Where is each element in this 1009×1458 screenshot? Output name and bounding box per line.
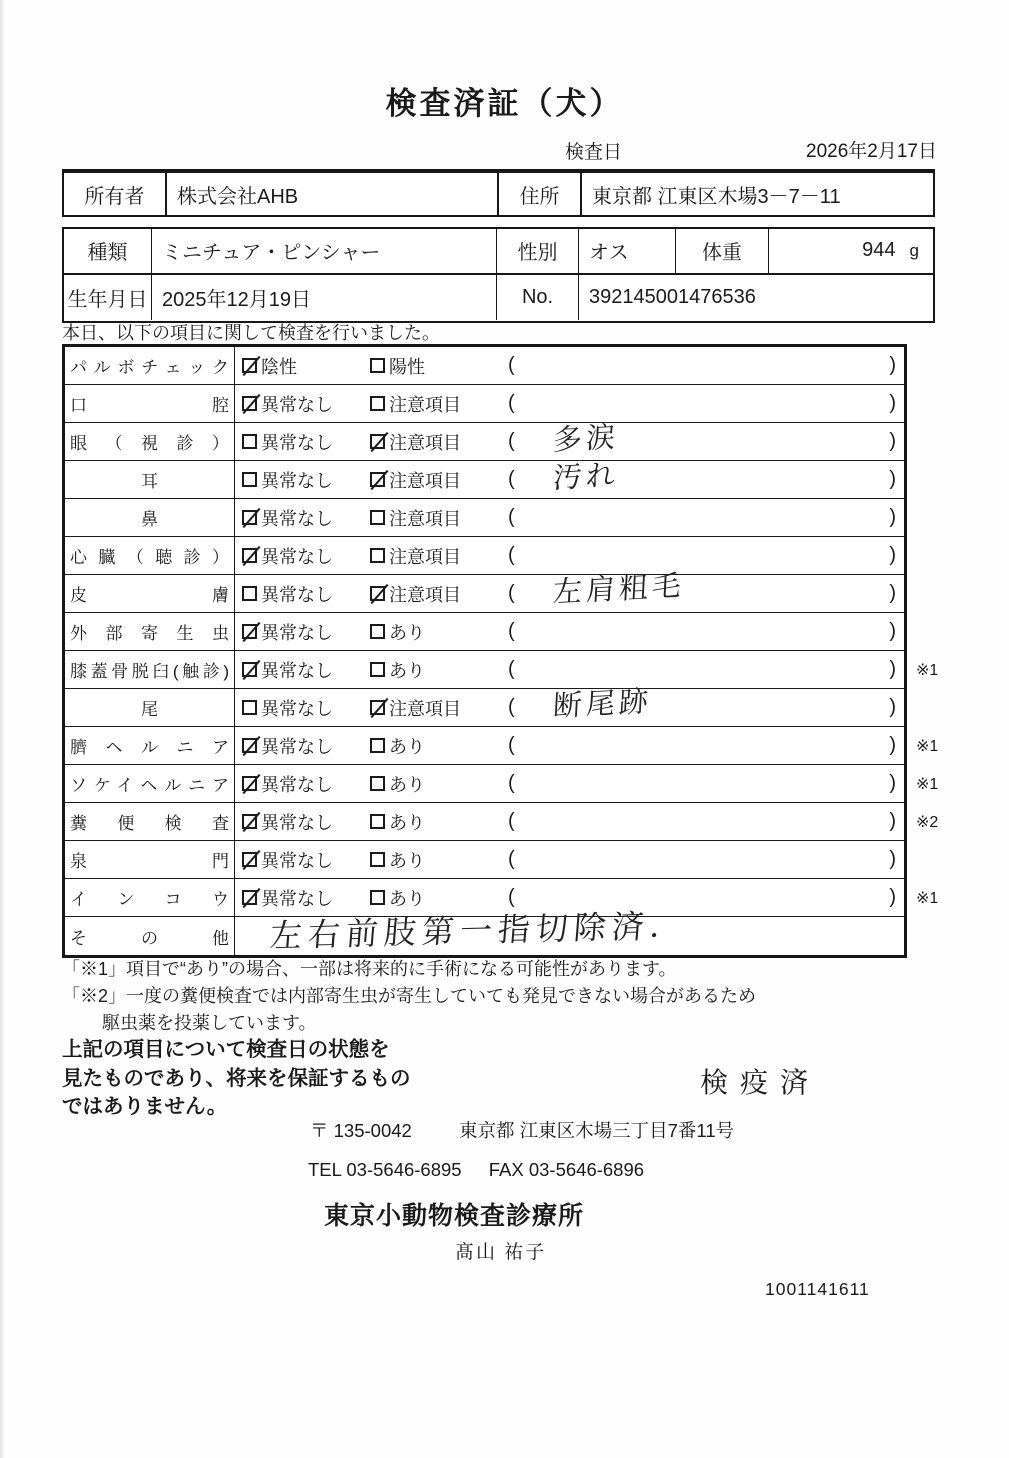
checklist-item-label: インコウ xyxy=(65,879,235,916)
checklist-row-content: 異常なしあり() xyxy=(235,803,904,840)
checkbox-checked-icon[interactable] xyxy=(242,852,257,867)
checklist-option-opt1: 異常なし xyxy=(242,771,370,797)
sex-label: 性別 xyxy=(497,229,579,273)
checklist-option-opt1: 異常なし xyxy=(242,505,370,531)
owner-value: 株式会社AHB xyxy=(167,173,499,215)
intro-statement: 本日、以下の項目に関して検査を行いました。 xyxy=(62,319,440,345)
checklist-item-label-text: 皮膚 xyxy=(70,581,229,606)
checklist-option-opt2: あり xyxy=(370,733,508,759)
checklist-item-label: 膝蓋骨脱臼(触診) xyxy=(65,651,235,688)
checklist-row: 耳異常なし注意項目(汚れ) xyxy=(65,461,904,499)
checklist-item-label-text: インコウ xyxy=(70,885,229,910)
checklist-option-label: 注意項目 xyxy=(389,429,461,455)
checklist-option-opt1: 異常なし xyxy=(242,619,370,645)
checklist-option-label: あり xyxy=(389,733,425,759)
checklist-row-content: 異常なしあり() xyxy=(235,765,904,802)
footnote-reference-mark: ※1 xyxy=(916,660,938,680)
checklist-item-label: 心臓（聴診） xyxy=(65,537,235,574)
paren-open: ( xyxy=(508,430,515,453)
checklist-option-label: 異常なし xyxy=(261,429,333,455)
paren-open: ( xyxy=(508,582,515,605)
paren-close: ) xyxy=(889,468,896,491)
checklist-item-label: その他 xyxy=(65,917,235,955)
checkbox-empty-icon[interactable] xyxy=(370,358,385,373)
scan-edge-artifact xyxy=(0,0,5,1458)
checklist-item-label-text: 心臓（聴診） xyxy=(70,543,229,568)
clinic-address-line: 〒 135-0042 東京都 江東区木場三丁目7番11号 xyxy=(310,1117,734,1143)
paren-close: ) xyxy=(889,772,896,795)
checklist-remark-field: () xyxy=(508,658,904,681)
checklist-remark-field: () xyxy=(508,772,904,795)
handwritten-other-remark: 左右前肢第一指切除済． xyxy=(269,909,689,952)
checklist-row: 泉門異常なしあり() xyxy=(65,841,904,879)
checklist-item-label-text: 眼（視診） xyxy=(70,429,229,454)
checklist-option-opt1: 異常なし xyxy=(242,847,370,873)
checklist-remark-field: (左肩粗毛) xyxy=(508,579,904,608)
weight-label: 体重 xyxy=(676,229,769,273)
breed-value: ミニチュア・ピンシャー xyxy=(152,229,497,273)
checkbox-checked-icon[interactable] xyxy=(370,472,385,487)
paren-close: ) xyxy=(889,620,896,643)
checklist-option-label: 異常なし xyxy=(261,809,333,835)
checkbox-empty-icon[interactable] xyxy=(370,890,385,905)
checklist-remark-field: () xyxy=(508,506,904,529)
checklist-item-label-text: その他 xyxy=(70,924,229,949)
checklist-item-label-text: 尾 xyxy=(70,695,229,720)
checklist-row: 尾異常なし注意項目(断尾跡) xyxy=(65,689,904,727)
paren-open: ( xyxy=(508,772,515,795)
clinic-fax: FAX 03-5646-6896 xyxy=(489,1159,644,1180)
address-label: 住所 xyxy=(499,173,582,215)
breed-label: 種類 xyxy=(64,229,152,273)
paren-close: ) xyxy=(889,658,896,681)
checklist-item-label: 泉門 xyxy=(65,841,235,878)
checklist-row: ソケイヘルニア異常なしあり()※1 xyxy=(65,765,904,803)
paren-open: ( xyxy=(508,506,515,529)
checklist-row: 心臓（聴診）異常なし注意項目() xyxy=(65,537,904,575)
checklist-option-opt2: 注意項目 xyxy=(370,391,508,417)
checklist-row: 臍ヘルニア異常なしあり()※1 xyxy=(65,727,904,765)
handwritten-remark: 多涙 xyxy=(552,423,619,456)
checklist-option-label: 異常なし xyxy=(261,847,333,873)
exam-date-label: 検査日 xyxy=(565,137,622,164)
checklist-option-label: 異常なし xyxy=(261,391,333,417)
checkbox-empty-icon[interactable] xyxy=(242,586,257,601)
clinic-address: 東京都 江東区木場三丁目7番11号 xyxy=(459,1120,734,1141)
checklist-option-label: 異常なし xyxy=(261,885,333,911)
animal-info-table: 種類 ミニチュア・ピンシャー 性別 オス 体重 944 g 生年月日 2025年… xyxy=(62,227,935,323)
checklist-item-label: ソケイヘルニア xyxy=(65,765,235,802)
checklist-option-opt2: 注意項目 xyxy=(370,505,508,531)
checklist-item-label: 眼（視診） xyxy=(65,423,235,460)
address-value: 東京都 江東区木場3－7－11 xyxy=(582,173,933,215)
paren-close: ) xyxy=(889,392,896,415)
checklist-row-content: 異常なし注意項目() xyxy=(235,537,904,574)
checklist-option-opt1: 異常なし xyxy=(242,429,370,455)
checkbox-checked-icon[interactable] xyxy=(370,434,385,449)
checklist-row: 眼（視診）異常なし注意項目(多涙) xyxy=(65,423,904,461)
paren-open: ( xyxy=(508,848,515,871)
checklist-option-opt2: あり xyxy=(370,657,508,683)
checklist-remark-field: () xyxy=(508,392,904,415)
checkbox-checked-icon[interactable] xyxy=(370,700,385,715)
handwritten-remark: 汚れ xyxy=(552,461,619,494)
paren-open: ( xyxy=(508,392,515,415)
disclaimer-text: 上記の項目について検査日の状態を 見たものであり、将来を保証するもの ではありま… xyxy=(62,1036,411,1122)
paren-open: ( xyxy=(508,544,515,567)
checklist-item-label: 耳 xyxy=(65,461,235,498)
checklist-item-label-text: 泉門 xyxy=(70,847,229,872)
checkbox-empty-icon[interactable] xyxy=(370,548,385,563)
checklist-option-label: 注意項目 xyxy=(389,391,461,417)
checklist-option-label: あり xyxy=(389,847,425,873)
serial-number: 1001141611 xyxy=(765,1279,870,1300)
checklist-row-content: 異常なし注意項目(断尾跡) xyxy=(235,689,904,726)
checkbox-empty-icon[interactable] xyxy=(370,624,385,639)
checklist-option-opt1: 異常なし xyxy=(242,581,370,607)
checklist-option-opt2: 注意項目 xyxy=(370,695,508,721)
page-title: 検査済証（犬） xyxy=(0,78,1009,123)
checklist-option-label: 異常なし xyxy=(261,695,333,721)
checkbox-empty-icon[interactable] xyxy=(242,434,257,449)
owner-label: 所有者 xyxy=(64,173,167,215)
footnote-2-continued: 駆虫薬を投薬しています。 xyxy=(62,1010,756,1037)
exam-date-value: 2026年2月17日 xyxy=(806,136,937,163)
checkbox-checked-icon[interactable] xyxy=(242,396,257,411)
checklist-option-label: あり xyxy=(389,619,425,645)
footnote-reference-mark: ※1 xyxy=(916,888,938,908)
checklist-option-label: 異常なし xyxy=(261,581,333,607)
paren-close: ) xyxy=(889,544,896,567)
checklist-option-opt2: 注意項目 xyxy=(370,467,508,493)
checklist-remark-field: () xyxy=(508,544,904,567)
clinic-name: 東京小動物検査診療所 xyxy=(324,1196,584,1232)
paren-close: ) xyxy=(889,886,896,909)
checklist-option-label: 注意項目 xyxy=(389,467,461,493)
checklist-remark-field: (多涙) xyxy=(508,427,904,456)
checklist-option-opt1: 異常なし xyxy=(242,695,370,721)
checkbox-empty-icon[interactable] xyxy=(242,472,257,487)
checklist-row-content: 異常なし注意項目(多涙) xyxy=(235,423,904,460)
checklist-item-label-text: ソケイヘルニア xyxy=(70,771,229,796)
checklist-row-content: 異常なしあり() xyxy=(235,651,904,688)
paren-open: ( xyxy=(508,886,515,909)
paren-open: ( xyxy=(508,620,515,643)
checklist-remark-field: () xyxy=(508,354,904,377)
weight-number: 944 xyxy=(862,239,895,262)
checklist-row-content: 異常なし注意項目() xyxy=(235,499,904,536)
checklist-option-opt1: 陰性 xyxy=(242,353,370,379)
birthdate-value: 2025年12月19日 xyxy=(152,275,497,321)
checklist-option-opt1: 異常なし xyxy=(242,467,370,493)
checkbox-checked-icon[interactable] xyxy=(370,586,385,601)
checkbox-empty-icon[interactable] xyxy=(242,700,257,715)
checklist-option-label: 陽性 xyxy=(389,353,425,379)
checklist-option-label: あり xyxy=(389,771,425,797)
checklist-row-content: 陰性陽性() xyxy=(235,347,904,384)
checkbox-empty-icon[interactable] xyxy=(370,738,385,753)
checklist-item-label: 口腔 xyxy=(65,385,235,422)
checklist-option-label: 注意項目 xyxy=(389,505,461,531)
checklist-item-label-text: 膝蓋骨脱臼(触診) xyxy=(70,657,229,682)
checkbox-checked-icon[interactable] xyxy=(242,548,257,563)
paren-open: ( xyxy=(508,468,515,491)
checklist-row: 口腔異常なし注意項目() xyxy=(65,385,904,423)
checklist-row-content: 異常なしあり() xyxy=(235,727,904,764)
checklist-row: 皮膚異常なし注意項目(左肩粗毛) xyxy=(65,575,904,613)
clinic-tel: TEL 03-5646-6895 xyxy=(308,1159,462,1180)
checklist-item-label-text: 臍ヘルニア xyxy=(70,733,229,758)
checklist-row-content: 異常なし注意項目() xyxy=(235,385,904,422)
checklist-option-opt1: 異常なし xyxy=(242,885,370,911)
checklist-item-label-text: パルボチェック xyxy=(70,353,229,378)
owner-table: 所有者 株式会社AHB 住所 東京都 江東区木場3－7－11 xyxy=(62,169,935,217)
checklist-option-opt2: あり xyxy=(370,809,508,835)
checklist-item-label-text: 外部寄生虫 xyxy=(70,619,229,644)
id-number-label: No. xyxy=(497,275,579,321)
paren-close: ) xyxy=(889,696,896,719)
paren-open: ( xyxy=(508,734,515,757)
checklist-remark-field: () xyxy=(508,810,904,833)
checklist-row-content: 異常なしあり() xyxy=(235,613,904,650)
checklist-option-label: 異常なし xyxy=(261,505,333,531)
disclaimer-line-2: 見たものであり、将来を保証するもの xyxy=(62,1065,411,1094)
checklist-option-opt1: 異常なし xyxy=(242,733,370,759)
checklist-option-label: 異常なし xyxy=(261,657,333,683)
paren-close: ) xyxy=(889,734,896,757)
paren-open: ( xyxy=(508,696,515,719)
footnote-1: 「※1」項目で“あり”の場合、一部は将来的に手術になる可能性があります。 xyxy=(62,956,756,983)
checklist-remark-field: () xyxy=(508,886,904,909)
checklist-row: 糞便検査異常なしあり()※2 xyxy=(65,803,904,841)
checklist-item-label: 外部寄生虫 xyxy=(65,613,235,650)
sex-value: オス xyxy=(579,229,676,273)
checklist-option-opt2: あり xyxy=(370,619,508,645)
checklist-option-label: あり xyxy=(389,885,425,911)
checklist-option-label: 異常なし xyxy=(261,771,333,797)
checklist-item-label-text: 糞便検査 xyxy=(70,809,229,834)
paren-open: ( xyxy=(508,658,515,681)
checkbox-empty-icon[interactable] xyxy=(370,776,385,791)
weight-unit: g xyxy=(910,241,919,261)
checklist-option-opt2: 注意項目 xyxy=(370,429,508,455)
checklist-table: パルボチェック陰性陽性()口腔異常なし注意項目()眼（視診）異常なし注意項目(多… xyxy=(62,344,907,958)
checklist-option-opt2: 陽性 xyxy=(370,353,508,379)
checklist-row-content: 異常なし注意項目(汚れ) xyxy=(235,461,904,498)
checkbox-empty-icon[interactable] xyxy=(370,510,385,525)
checklist-option-label: 異常なし xyxy=(261,543,333,569)
checklist-option-opt1: 異常なし xyxy=(242,391,370,417)
checkbox-checked-icon[interactable] xyxy=(242,510,257,525)
checklist-option-label: 異常なし xyxy=(261,619,333,645)
checkbox-checked-icon[interactable] xyxy=(242,624,257,639)
quarantine-stamp: 検疫済 xyxy=(700,1061,820,1101)
checklist-option-label: 注意項目 xyxy=(389,581,461,607)
paren-open: ( xyxy=(508,810,515,833)
checklist-item-label: 皮膚 xyxy=(65,575,235,612)
checklist-row: 外部寄生虫異常なしあり() xyxy=(65,613,904,651)
checklist-item-label: 尾 xyxy=(65,689,235,726)
checkbox-checked-icon[interactable] xyxy=(242,358,257,373)
checklist-option-label: あり xyxy=(389,809,425,835)
checkbox-empty-icon[interactable] xyxy=(370,814,385,829)
checklist-option-opt2: 注意項目 xyxy=(370,543,508,569)
footnote-reference-mark: ※1 xyxy=(916,736,938,756)
checklist-option-opt2: 注意項目 xyxy=(370,581,508,607)
checklist-item-label-text: 口腔 xyxy=(70,391,229,416)
checklist-option-opt1: 異常なし xyxy=(242,657,370,683)
checkbox-empty-icon[interactable] xyxy=(370,852,385,867)
handwritten-remark: 左肩粗毛 xyxy=(552,572,685,608)
checklist-row-content: 異常なし注意項目(左肩粗毛) xyxy=(235,575,904,612)
checklist-item-label: パルボチェック xyxy=(65,347,235,384)
checklist-remark-field: (汚れ) xyxy=(508,465,904,494)
checklist-option-opt2: あり xyxy=(370,771,508,797)
checkbox-empty-icon[interactable] xyxy=(370,396,385,411)
checklist-row: インコウ異常なしあり()※1 xyxy=(65,879,904,917)
paren-close: ) xyxy=(889,354,896,377)
paren-close: ) xyxy=(889,430,896,453)
checklist-option-label: 異常なし xyxy=(261,733,333,759)
checklist-remark-field: () xyxy=(508,734,904,757)
footnote-reference-mark: ※2 xyxy=(916,812,938,832)
checklist-row-other: その他左右前肢第一指切除済． xyxy=(65,917,904,955)
footnotes: 「※1」項目で“あり”の場合、一部は将来的に手術になる可能性があります。 「※2… xyxy=(62,956,756,1037)
paren-close: ) xyxy=(889,848,896,871)
checkbox-checked-icon[interactable] xyxy=(242,738,257,753)
disclaimer-line-1: 上記の項目について検査日の状態を xyxy=(62,1036,411,1065)
checkbox-checked-icon[interactable] xyxy=(242,814,257,829)
checklist-item-label-text: 鼻 xyxy=(70,505,229,530)
checklist-row: 膝蓋骨脱臼(触診)異常なしあり()※1 xyxy=(65,651,904,689)
checklist-option-opt1: 異常なし xyxy=(242,543,370,569)
footnote-2: 「※2」一度の糞便検査では内部寄生虫が寄生していても発見できない場合があるため xyxy=(62,983,756,1010)
checklist-option-label: あり xyxy=(389,657,425,683)
checklist-row-content: 異常なしあり() xyxy=(235,841,904,878)
checkbox-checked-icon[interactable] xyxy=(242,890,257,905)
checklist-item-label: 糞便検査 xyxy=(65,803,235,840)
checklist-item-label: 臍ヘルニア xyxy=(65,727,235,764)
birthdate-label: 生年月日 xyxy=(64,275,152,321)
paren-close: ) xyxy=(889,506,896,529)
postal-code: 〒 135-0042 xyxy=(310,1120,412,1141)
checkbox-checked-icon[interactable] xyxy=(242,662,257,677)
weight-value: 944 g xyxy=(769,229,933,273)
paren-open: ( xyxy=(508,354,515,377)
paren-close: ) xyxy=(889,810,896,833)
checklist-option-label: 注意項目 xyxy=(389,543,461,569)
examiner-name: 髙山 祐子 xyxy=(455,1237,546,1264)
checklist-option-opt1: 異常なし xyxy=(242,809,370,835)
checkbox-empty-icon[interactable] xyxy=(370,662,385,677)
checklist-remark-field: () xyxy=(508,620,904,643)
checklist-item-label-text: 耳 xyxy=(70,467,229,492)
handwritten-remark: 断尾跡 xyxy=(552,688,652,722)
checklist-option-opt2: あり xyxy=(370,885,508,911)
checklist-option-label: 注意項目 xyxy=(389,695,461,721)
clinic-contact-line: TEL 03-5646-6895 FAX 03-5646-6896 xyxy=(308,1159,644,1181)
checklist-remark-field: (断尾跡) xyxy=(508,693,904,722)
checkbox-checked-icon[interactable] xyxy=(242,776,257,791)
paren-close: ) xyxy=(889,582,896,605)
checklist-row: パルボチェック陰性陽性() xyxy=(65,347,904,385)
checklist-remark-field: () xyxy=(508,848,904,871)
checklist-option-label: 異常なし xyxy=(261,467,333,493)
checklist-row: 鼻異常なし注意項目() xyxy=(65,499,904,537)
id-number-value: 392145001476536 xyxy=(579,275,933,321)
checklist-option-opt2: あり xyxy=(370,847,508,873)
certificate-page: 検査済証（犬） 検査日 2026年2月17日 所有者 株式会社AHB 住所 東京… xyxy=(0,0,1009,1458)
checklist-row-content: 左右前肢第一指切除済． xyxy=(235,917,904,955)
checklist-option-label: 陰性 xyxy=(261,353,297,379)
footnote-reference-mark: ※1 xyxy=(916,774,938,794)
checklist-item-label: 鼻 xyxy=(65,499,235,536)
